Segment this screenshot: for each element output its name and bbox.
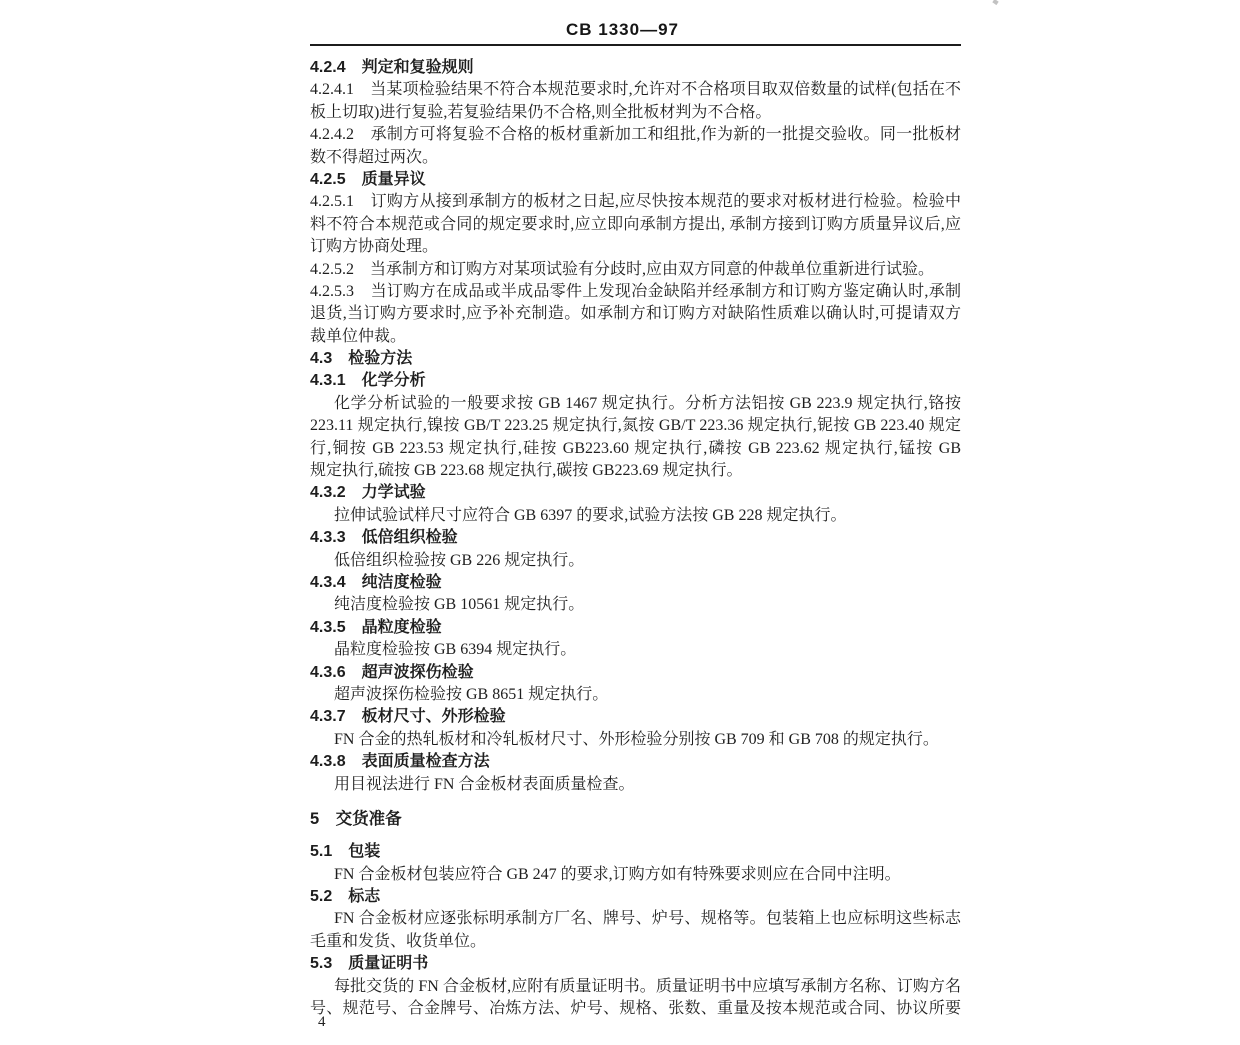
text-line: 毛重和发货、收货单位。 <box>310 931 961 953</box>
text-line: 4.2.4.1 当某项检验结果不符合本规范要求时,允许对不合格项目取双倍数量的试… <box>310 79 961 101</box>
text-line: 化学分析试验的一般要求按 GB 1467 规定执行。分析方法铝按 GB 223.… <box>310 393 961 415</box>
text-line: FN 合金板材应逐张标明承制方厂名、牌号、炉号、规格等。包装箱上也应标明这些标志… <box>310 908 961 930</box>
text-line: 5.2 标志 <box>310 886 961 908</box>
text-line: 号、规范号、合金牌号、冶炼方法、炉号、规格、张数、重量及按本规范或合同、协议所要… <box>310 998 961 1020</box>
text-line: 4.2.5.1 订购方从接到承制方的板材之日起,应尽快按本规范的要求对板材进行检… <box>310 191 961 213</box>
text-line: 4.3.1 化学分析 <box>310 370 961 392</box>
text-line: 5 交货准备 <box>310 808 961 830</box>
text-line: 裁单位仲裁。 <box>310 326 961 348</box>
text-line: 板上切取)进行复验,若复验结果仍不合格,则全批板材判为不合格。 <box>310 102 961 124</box>
text-line: 低倍组织检验按 GB 226 规定执行。 <box>310 550 961 572</box>
text-line: 每批交货的 FN 合金板材,应附有质量证明书。质量证明书中应填写承制方名称、订购… <box>310 976 961 998</box>
text-line: 4.3.3 低倍组织检验 <box>310 527 961 549</box>
standard-number-header: CB 1330—97 <box>566 20 679 40</box>
page-number: 4 <box>318 1012 326 1032</box>
text-line: 4.3.6 超声波探伤检验 <box>310 662 961 684</box>
text-line: 4.3.7 板材尺寸、外形检验 <box>310 706 961 728</box>
text-line: 4.2.4.2 承制方可将复验不合格的板材重新加工和组批,作为新的一批提交验收。… <box>310 124 961 146</box>
text-line: 4.3.4 纯洁度检验 <box>310 572 961 594</box>
text-line: 晶粒度检验按 GB 6394 规定执行。 <box>310 639 961 661</box>
text-line: FN 合金板材包装应符合 GB 247 的要求,订购方如有特殊要求则应在合同中注… <box>310 864 961 886</box>
document-page: CB 1330—97 4.2.4 判定和复验规则4.2.4.1 当某项检验结果不… <box>0 0 1240 1045</box>
text-line: 超声波探伤检验按 GB 8651 规定执行。 <box>310 684 961 706</box>
text-line: 4.3.2 力学试验 <box>310 482 961 504</box>
text-line: 4.2.5 质量异议 <box>310 169 961 191</box>
text-line: 4.3.8 表面质量检查方法 <box>310 751 961 773</box>
text-line: 纯洁度检验按 GB 10561 规定执行。 <box>310 594 961 616</box>
text-line: 5.3 质量证明书 <box>310 953 961 975</box>
text-line: 拉伸试验试样尺寸应符合 GB 6397 的要求,试验方法按 GB 228 规定执… <box>310 505 961 527</box>
text-line: 行,铜按 GB 223.53 规定执行,硅按 GB223.60 规定执行,磷按 … <box>310 438 961 460</box>
text-line: 4.3.5 晶粒度检验 <box>310 617 961 639</box>
text-line: 退货,当订购方要求时,应予补充制造。如承制方和订购方对缺陷性质难以确认时,可提请… <box>310 303 961 325</box>
text-line: 5.1 包装 <box>310 841 961 863</box>
header-divider-rule <box>310 44 961 46</box>
text-line: 4.3 检验方法 <box>310 348 961 370</box>
text-line: 数不得超过两次。 <box>310 147 961 169</box>
text-line: 4.2.5.2 当承制方和订购方对某项试验有分歧时,应由双方同意的仲裁单位重新进… <box>310 259 961 281</box>
text-line: 4.2.4 判定和复验规则 <box>310 57 961 79</box>
text-line: 4.2.5.3 当订购方在成品或半成品零件上发现冶金缺陷并经承制方和订购方鉴定确… <box>310 281 961 303</box>
text-line: 用目视法进行 FN 合金板材表面质量检查。 <box>310 774 961 796</box>
text-line: 订购方协商处理。 <box>310 236 961 258</box>
text-line: FN 合金的热轧板材和冷轧板材尺寸、外形检验分别按 GB 709 和 GB 70… <box>310 729 961 751</box>
text-line: 223.11 规定执行,镍按 GB/T 223.25 规定执行,氮按 GB/T … <box>310 415 961 437</box>
text-column: 4.2.4 判定和复验规则4.2.4.1 当某项检验结果不符合本规范要求时,允许… <box>310 57 961 1020</box>
text-line: 料不符合本规范或合同的规定要求时,应立即向承制方提出, 承制方接到订购方质量异议… <box>310 214 961 236</box>
scan-artifact-mark <box>992 0 998 5</box>
text-line: 规定执行,硫按 GB 223.68 规定执行,碳按 GB223.69 规定执行。 <box>310 460 961 482</box>
